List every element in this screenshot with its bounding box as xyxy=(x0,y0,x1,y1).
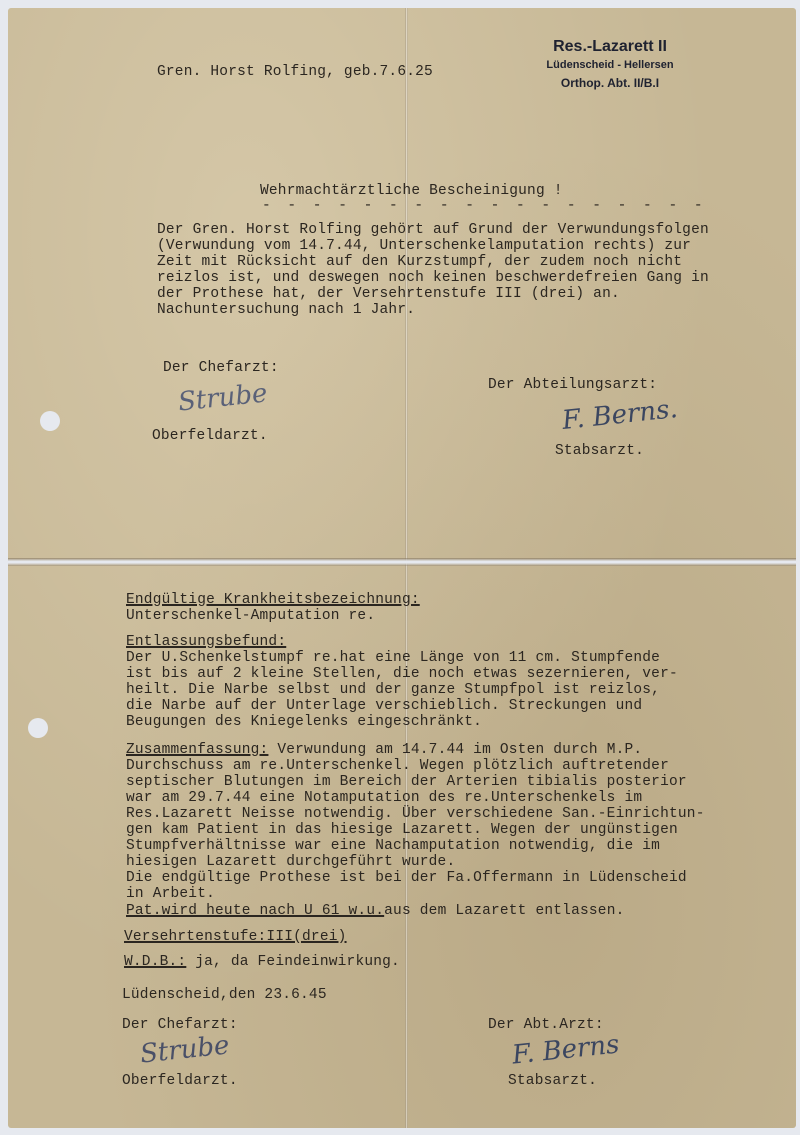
summary-first-line-text: Verwundung am 14.7.44 im Osten durch M.P… xyxy=(268,742,642,758)
discharge-findings-heading: Entlassungsbefund: xyxy=(126,634,286,650)
stamp-line-2: Lüdenscheid - Hellersen xyxy=(540,56,680,74)
body-line: Der Gren. Horst Rolfing gehört auf Grund… xyxy=(157,222,709,238)
body-line: (Verwundung vom 14.7.44, Unterschenkelam… xyxy=(157,238,691,254)
summary-line: hiesigen Lazarett durchgeführt wurde. xyxy=(126,854,455,870)
certificate-title: Wehrmachtärztliche Bescheinigung ! xyxy=(260,183,563,199)
findings-line: die Narbe auf der Unterlage verschieblic… xyxy=(126,698,642,714)
summary-first-line: Zusammenfassung: Verwundung am 14.7.44 i… xyxy=(126,742,642,758)
department-physician-rank-top: Stabsarzt. xyxy=(555,443,644,459)
summary-line: septischer Blutungen im Bereich der Arte… xyxy=(126,774,687,790)
disability-level: Versehrtenstufe:III(drei) xyxy=(124,929,347,945)
body-line: Zeit mit Rücksicht auf den Kurzstumpf, d… xyxy=(157,254,682,270)
hospital-stamp: Res.-Lazarett II Lüdenscheid - Hellersen… xyxy=(540,38,680,92)
wdb-label: W.D.B.: xyxy=(124,954,186,970)
diagnosis-heading: Endgültige Krankheitsbezeichnung: xyxy=(126,592,420,608)
chief-physician-label-top: Der Chefarzt: xyxy=(163,360,279,376)
patient-header: Gren. Horst Rolfing, geb.7.6.25 xyxy=(157,64,433,80)
wdb-line: W.D.B.: ja, da Feindeinwirkung. xyxy=(124,954,400,970)
summary-line: Res.Lazarett Neisse notwendig. Über vers… xyxy=(126,806,705,822)
chief-physician-rank-top: Oberfeldarzt. xyxy=(152,428,268,444)
summary-line: Durchschuss am re.Unterschenkel. Wegen p… xyxy=(126,758,669,774)
body-line: reizlos ist, und deswegen noch keinen be… xyxy=(157,270,709,286)
horizontal-fold-tear xyxy=(8,558,796,566)
discharge-statement-rest: aus dem Lazarett entlassen. xyxy=(384,903,624,919)
stamp-line-3: Orthop. Abt. II/B.I xyxy=(540,74,680,92)
summary-line: war am 29.7.44 eine Notamputation des re… xyxy=(126,790,642,806)
findings-line: Der U.Schenkelstumpf re.hat eine Länge v… xyxy=(126,650,660,666)
punch-hole-bottom xyxy=(28,718,48,738)
discharge-statement-underlined: Pat.wird heute nach U 61 w.u. xyxy=(126,903,384,919)
diagnosis-text: Unterschenkel-Amputation re. xyxy=(126,608,375,624)
findings-line: heilt. Die Narbe selbst und der ganze St… xyxy=(126,682,660,698)
summary-line: gen kam Patient in das hiesige Lazarett.… xyxy=(126,822,678,838)
summary-line: in Arbeit. xyxy=(126,886,215,902)
department-physician-label-bottom: Der Abt.Arzt: xyxy=(488,1017,604,1033)
findings-line: Beugungen des Kniegelenks eingeschränkt. xyxy=(126,714,482,730)
summary-line: Die endgültige Prothese ist bei der Fa.O… xyxy=(126,870,687,886)
department-physician-label-top: Der Abteilungsarzt: xyxy=(488,377,657,393)
stamp-line-1: Res.-Lazarett II xyxy=(540,38,680,56)
body-line: Nachuntersuchung nach 1 Jahr. xyxy=(157,302,415,318)
summary-heading: Zusammenfassung: xyxy=(126,742,268,758)
findings-line: ist bis auf 2 kleine Stellen, die noch e… xyxy=(126,666,678,682)
summary-line: Stumpfverhältnisse war eine Nachamputati… xyxy=(126,838,660,854)
wdb-value: ja, da Feindeinwirkung. xyxy=(186,954,400,970)
body-line: der Prothese hat, der Versehrtenstufe II… xyxy=(157,286,620,302)
punch-hole-top xyxy=(40,411,60,431)
discharge-statement: Pat.wird heute nach U 61 w.u.aus dem Laz… xyxy=(126,903,625,919)
vertical-fold-crease xyxy=(405,8,408,1128)
title-dash-underline: - - - - - - - - - - - - - - - - - - xyxy=(262,198,707,214)
department-physician-rank-bottom: Stabsarzt. xyxy=(508,1073,597,1089)
chief-physician-rank-bottom: Oberfeldarzt. xyxy=(122,1073,238,1089)
place-and-date: Lüdenscheid,den 23.6.45 xyxy=(122,987,327,1003)
